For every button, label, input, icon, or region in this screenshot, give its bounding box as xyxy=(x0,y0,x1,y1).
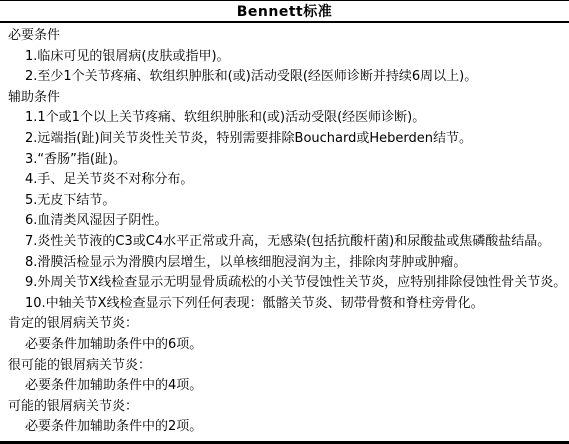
classification-definite-criteria: 必要条件加辅助条件中的6项。 xyxy=(0,335,569,356)
auxiliary-item-6: 6.血清类风湿因子阴性。 xyxy=(0,211,569,232)
auxiliary-item-8: 8.滑膜活检显示为滑膜内层增生，以单核细胞浸润为主，排除肉芽肿或肿瘤。 xyxy=(0,253,569,274)
classification-definite-heading: 肯定的银屑病关节炎： xyxy=(0,314,569,335)
required-item-1: 1.临床可见的银屑病(皮肤或指甲)。 xyxy=(0,47,569,68)
section-heading-required: 必要条件 xyxy=(0,26,569,47)
auxiliary-item-7: 7.炎性关节液的C3或C4水平正常或升高，无感染(包括抗酸杆菌)和尿酸盐或焦磷酸… xyxy=(0,232,569,253)
table-body: 必要条件 1.临床可见的银屑病(皮肤或指甲)。 2.至少1个关节疼痛、软组织肿胀… xyxy=(0,23,569,441)
table-title: Bennett标准 xyxy=(237,1,332,21)
classification-possible-criteria: 必要条件加辅助条件中的2项。 xyxy=(0,417,569,438)
bennett-criteria-table: Bennett标准 必要条件 1.临床可见的银屑病(皮肤或指甲)。 2.至少1个… xyxy=(0,0,569,444)
section-heading-auxiliary: 辅助条件 xyxy=(0,88,569,109)
classification-possible-heading: 可能的银屑病关节炎： xyxy=(0,397,569,418)
auxiliary-item-2: 2.远端指(趾)间关节炎性关节炎，特别需要排除Bouchard或Heberden… xyxy=(0,129,569,150)
classification-probable-heading: 很可能的银屑病关节炎： xyxy=(0,356,569,377)
auxiliary-item-10: 10.中轴关节X线检查显示下列任何表现：骶髂关节炎、韧带骨赘和脊柱旁骨化。 xyxy=(0,294,569,315)
auxiliary-item-5: 5.无皮下结节。 xyxy=(0,191,569,212)
table-title-row: Bennett标准 xyxy=(0,1,569,23)
auxiliary-item-1: 1.1个或1个以上关节疼痛、软组织肿胀和(或)活动受限(经医师诊断)。 xyxy=(0,108,569,129)
auxiliary-item-9: 9.外周关节X线检查显示无明显骨质疏松的小关节侵蚀性关节炎，应特别排除侵蚀性骨关… xyxy=(0,273,569,294)
auxiliary-item-3: 3.“香肠”指(趾)。 xyxy=(0,150,569,171)
auxiliary-item-4: 4.手、足关节炎不对称分布。 xyxy=(0,170,569,191)
required-item-2: 2.至少1个关节疼痛、软组织肿胀和(或)活动受限(经医师诊断并持续6周以上)。 xyxy=(0,67,569,88)
classification-probable-criteria: 必要条件加辅助条件中的4项。 xyxy=(0,376,569,397)
